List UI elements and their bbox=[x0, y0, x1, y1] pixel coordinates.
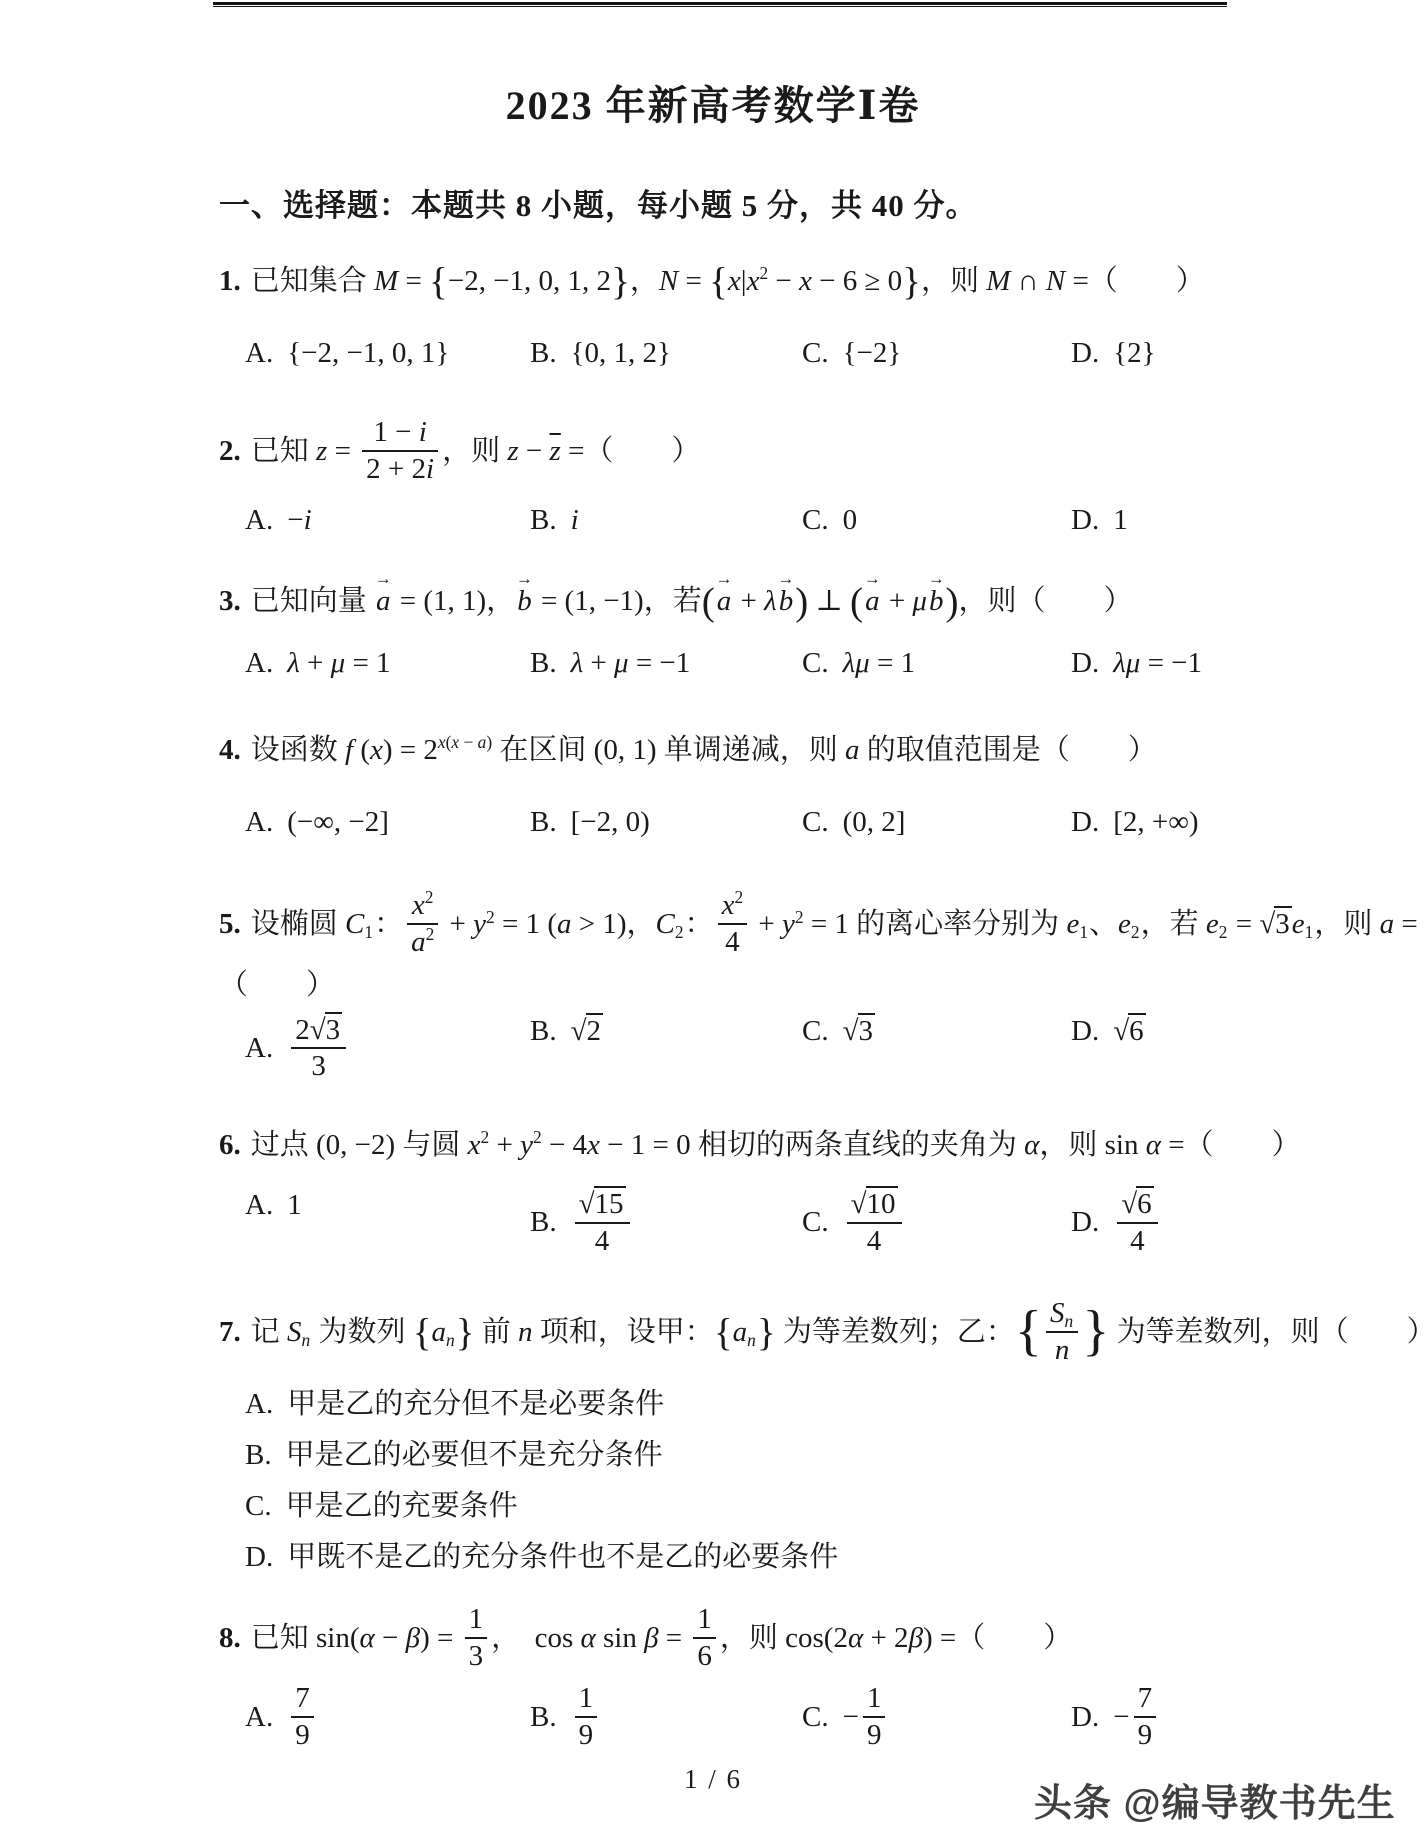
question-5-options: A.2√33 B.√2 C.√3 D.√6 bbox=[245, 1013, 1426, 1088]
question-7-option-a: A.甲是乙的充分但不是必要条件 bbox=[245, 1383, 1426, 1425]
question-8-number: 8. bbox=[219, 1622, 241, 1654]
question-5-stem: 5.设椭圆 C1：x2a2 + y2 = 1 (a > 1)，C2：x24 + … bbox=[219, 890, 1426, 963]
question-7-stem: 7.记 Sn 为数列 {an} 前 n 项和，设甲：{an} 为等差数列；乙：{… bbox=[219, 1298, 1426, 1371]
question-3: 3.已知向量 a→ = (1, 1)，b→ = (1, −1)，若(a→ + λ… bbox=[219, 580, 1426, 683]
question-2-option-b: B.i bbox=[530, 502, 802, 540]
question-6: 6.过点 (0, −2) 与圆 x2 + y2 − 4x − 1 = 0 相切的… bbox=[219, 1124, 1426, 1262]
question-3-option-a: A.λ + μ = 1 bbox=[245, 645, 530, 683]
question-8-stem-text: 已知 sin(α − β) = 13， cos α sin β = 16，则 c… bbox=[251, 1622, 1073, 1654]
question-6-options: A.1 B.√154 C.√104 D.√64 bbox=[245, 1187, 1426, 1262]
top-rule-divider bbox=[213, 2, 1227, 7]
question-7-stem-text: 记 Sn 为数列 {an} 前 n 项和，设甲：{an} 为等差数列；乙：{Sn… bbox=[251, 1316, 1426, 1348]
question-1: 1.已知集合 M = {−2, −1, 0, 1, 2}，N = {x|x2 −… bbox=[219, 260, 1426, 373]
question-4-option-a: A.(−∞, −2] bbox=[245, 804, 530, 842]
question-3-option-b: B.λ + μ = −1 bbox=[530, 645, 802, 683]
question-7-option-c: C.甲是乙的充要条件 bbox=[245, 1485, 1426, 1527]
question-8-stem: 8.已知 sin(α − β) = 13， cos α sin β = 16，则… bbox=[219, 1604, 1426, 1677]
question-2-stem: 2.已知 z = 1 − i2 + 2i，则 z − z =（ ） bbox=[219, 417, 1426, 490]
question-1-option-b: B.{0, 1, 2} bbox=[530, 335, 802, 373]
question-3-option-c: C.λμ = 1 bbox=[802, 645, 1071, 683]
question-1-option-a: A.{−2, −1, 0, 1} bbox=[245, 335, 530, 373]
question-8-option-b: B.19 bbox=[530, 1683, 802, 1756]
watermark: 头条 @编导教书先生 bbox=[1034, 1772, 1396, 1827]
page-title: 2023 年新高考数学Ⅰ卷 bbox=[0, 27, 1426, 130]
question-3-number: 3. bbox=[219, 585, 241, 617]
question-7-number: 7. bbox=[219, 1316, 241, 1348]
question-8: 8.已知 sin(α − β) = 13， cos α sin β = 16，则… bbox=[219, 1604, 1426, 1756]
question-2-option-a: A.−i bbox=[245, 502, 530, 540]
question-2-option-d: D.1 bbox=[1071, 502, 1426, 540]
question-6-option-b: B.√154 bbox=[530, 1187, 802, 1262]
question-7: 7.记 Sn 为数列 {an} 前 n 项和，设甲：{an} 为等差数列；乙：{… bbox=[219, 1298, 1426, 1578]
question-3-stem: 3.已知向量 a→ = (1, 1)，b→ = (1, −1)，若(a→ + λ… bbox=[219, 580, 1426, 624]
question-6-option-d: D.√64 bbox=[1071, 1187, 1426, 1262]
question-6-option-c: C.√104 bbox=[802, 1187, 1071, 1262]
question-3-options: A.λ + μ = 1 B.λ + μ = −1 C.λμ = 1 D.λμ =… bbox=[245, 645, 1426, 683]
question-5-number: 5. bbox=[219, 908, 241, 940]
question-5-option-d: D.√6 bbox=[1071, 1013, 1426, 1088]
question-4-options: A.(−∞, −2] B.[−2, 0) C.(0, 2] D.[2, +∞) bbox=[245, 804, 1426, 842]
question-6-stem: 6.过点 (0, −2) 与圆 x2 + y2 − 4x − 1 = 0 相切的… bbox=[219, 1124, 1426, 1168]
question-5-stem-text: 设椭圆 C1：x2a2 + y2 = 1 (a > 1)，C2：x24 + y2… bbox=[251, 908, 1418, 940]
question-5-option-b: B.√2 bbox=[530, 1013, 802, 1088]
question-2: 2.已知 z = 1 − i2 + 2i，则 z − z =（ ） A.−i B… bbox=[219, 417, 1426, 540]
question-2-option-c: C.0 bbox=[802, 502, 1071, 540]
question-1-stem: 1.已知集合 M = {−2, −1, 0, 1, 2}，N = {x|x2 −… bbox=[219, 260, 1426, 304]
question-4-option-d: D.[2, +∞) bbox=[1071, 804, 1426, 842]
question-5: 5.设椭圆 C1：x2a2 + y2 = 1 (a > 1)，C2：x24 + … bbox=[219, 890, 1426, 1088]
question-8-option-c: C.−19 bbox=[802, 1683, 1071, 1756]
question-4-number: 4. bbox=[219, 734, 241, 766]
question-4: 4.设函数 f (x) = 2x(x − a) 在区间 (0, 1) 单调递减，… bbox=[219, 729, 1426, 842]
question-4-stem-text: 设函数 f (x) = 2x(x − a) 在区间 (0, 1) 单调递减，则 … bbox=[251, 734, 1157, 766]
question-6-number: 6. bbox=[219, 1129, 241, 1161]
question-7-options: A.甲是乙的充分但不是必要条件 B.甲是乙的必要但不是充分条件 C.甲是乙的充要… bbox=[245, 1383, 1426, 1578]
question-4-stem: 4.设函数 f (x) = 2x(x − a) 在区间 (0, 1) 单调递减，… bbox=[219, 729, 1426, 773]
question-3-option-d: D.λμ = −1 bbox=[1071, 645, 1426, 683]
question-1-number: 1. bbox=[219, 265, 241, 297]
question-1-option-c: C.{−2} bbox=[802, 335, 1071, 373]
question-7-option-b: B.甲是乙的必要但不是充分条件 bbox=[245, 1434, 1426, 1476]
question-8-option-d: D.−79 bbox=[1071, 1683, 1426, 1756]
question-3-stem-text: 已知向量 a→ = (1, 1)，b→ = (1, −1)，若(a→ + λb→… bbox=[251, 585, 1133, 617]
section-heading: 一、选择题：本题共 8 小题，每小题 5 分，共 40 分。 bbox=[219, 187, 1426, 224]
question-8-option-a: A.79 bbox=[245, 1683, 530, 1756]
question-1-options: A.{−2, −1, 0, 1} B.{0, 1, 2} C.{−2} D.{2… bbox=[245, 335, 1426, 373]
question-6-option-a: A.1 bbox=[245, 1187, 530, 1262]
question-2-options: A.−i B.i C.0 D.1 bbox=[245, 502, 1426, 540]
question-7-option-d: D.甲既不是乙的充分条件也不是乙的必要条件 bbox=[245, 1536, 1426, 1578]
question-6-stem-text: 过点 (0, −2) 与圆 x2 + y2 − 4x − 1 = 0 相切的两条… bbox=[251, 1129, 1301, 1161]
question-4-option-b: B.[−2, 0) bbox=[530, 804, 802, 842]
question-4-option-c: C.(0, 2] bbox=[802, 804, 1071, 842]
question-2-stem-text: 已知 z = 1 − i2 + 2i，则 z − z =（ ） bbox=[251, 435, 701, 467]
question-5-option-a: A.2√33 bbox=[245, 1013, 530, 1088]
question-8-options: A.79 B.19 C.−19 D.−79 bbox=[245, 1683, 1426, 1756]
question-1-stem-text: 已知集合 M = {−2, −1, 0, 1, 2}，N = {x|x2 − x… bbox=[251, 265, 1205, 297]
exam-page: { "page": { "title": "2023 年新高考数学Ⅰ卷", "s… bbox=[0, 0, 1426, 1848]
question-2-number: 2. bbox=[219, 435, 241, 467]
question-1-option-d: D.{2} bbox=[1071, 335, 1426, 373]
question-5-option-c: C.√3 bbox=[802, 1013, 1071, 1088]
question-5-stem-line2: （ ） bbox=[219, 967, 1426, 1005]
